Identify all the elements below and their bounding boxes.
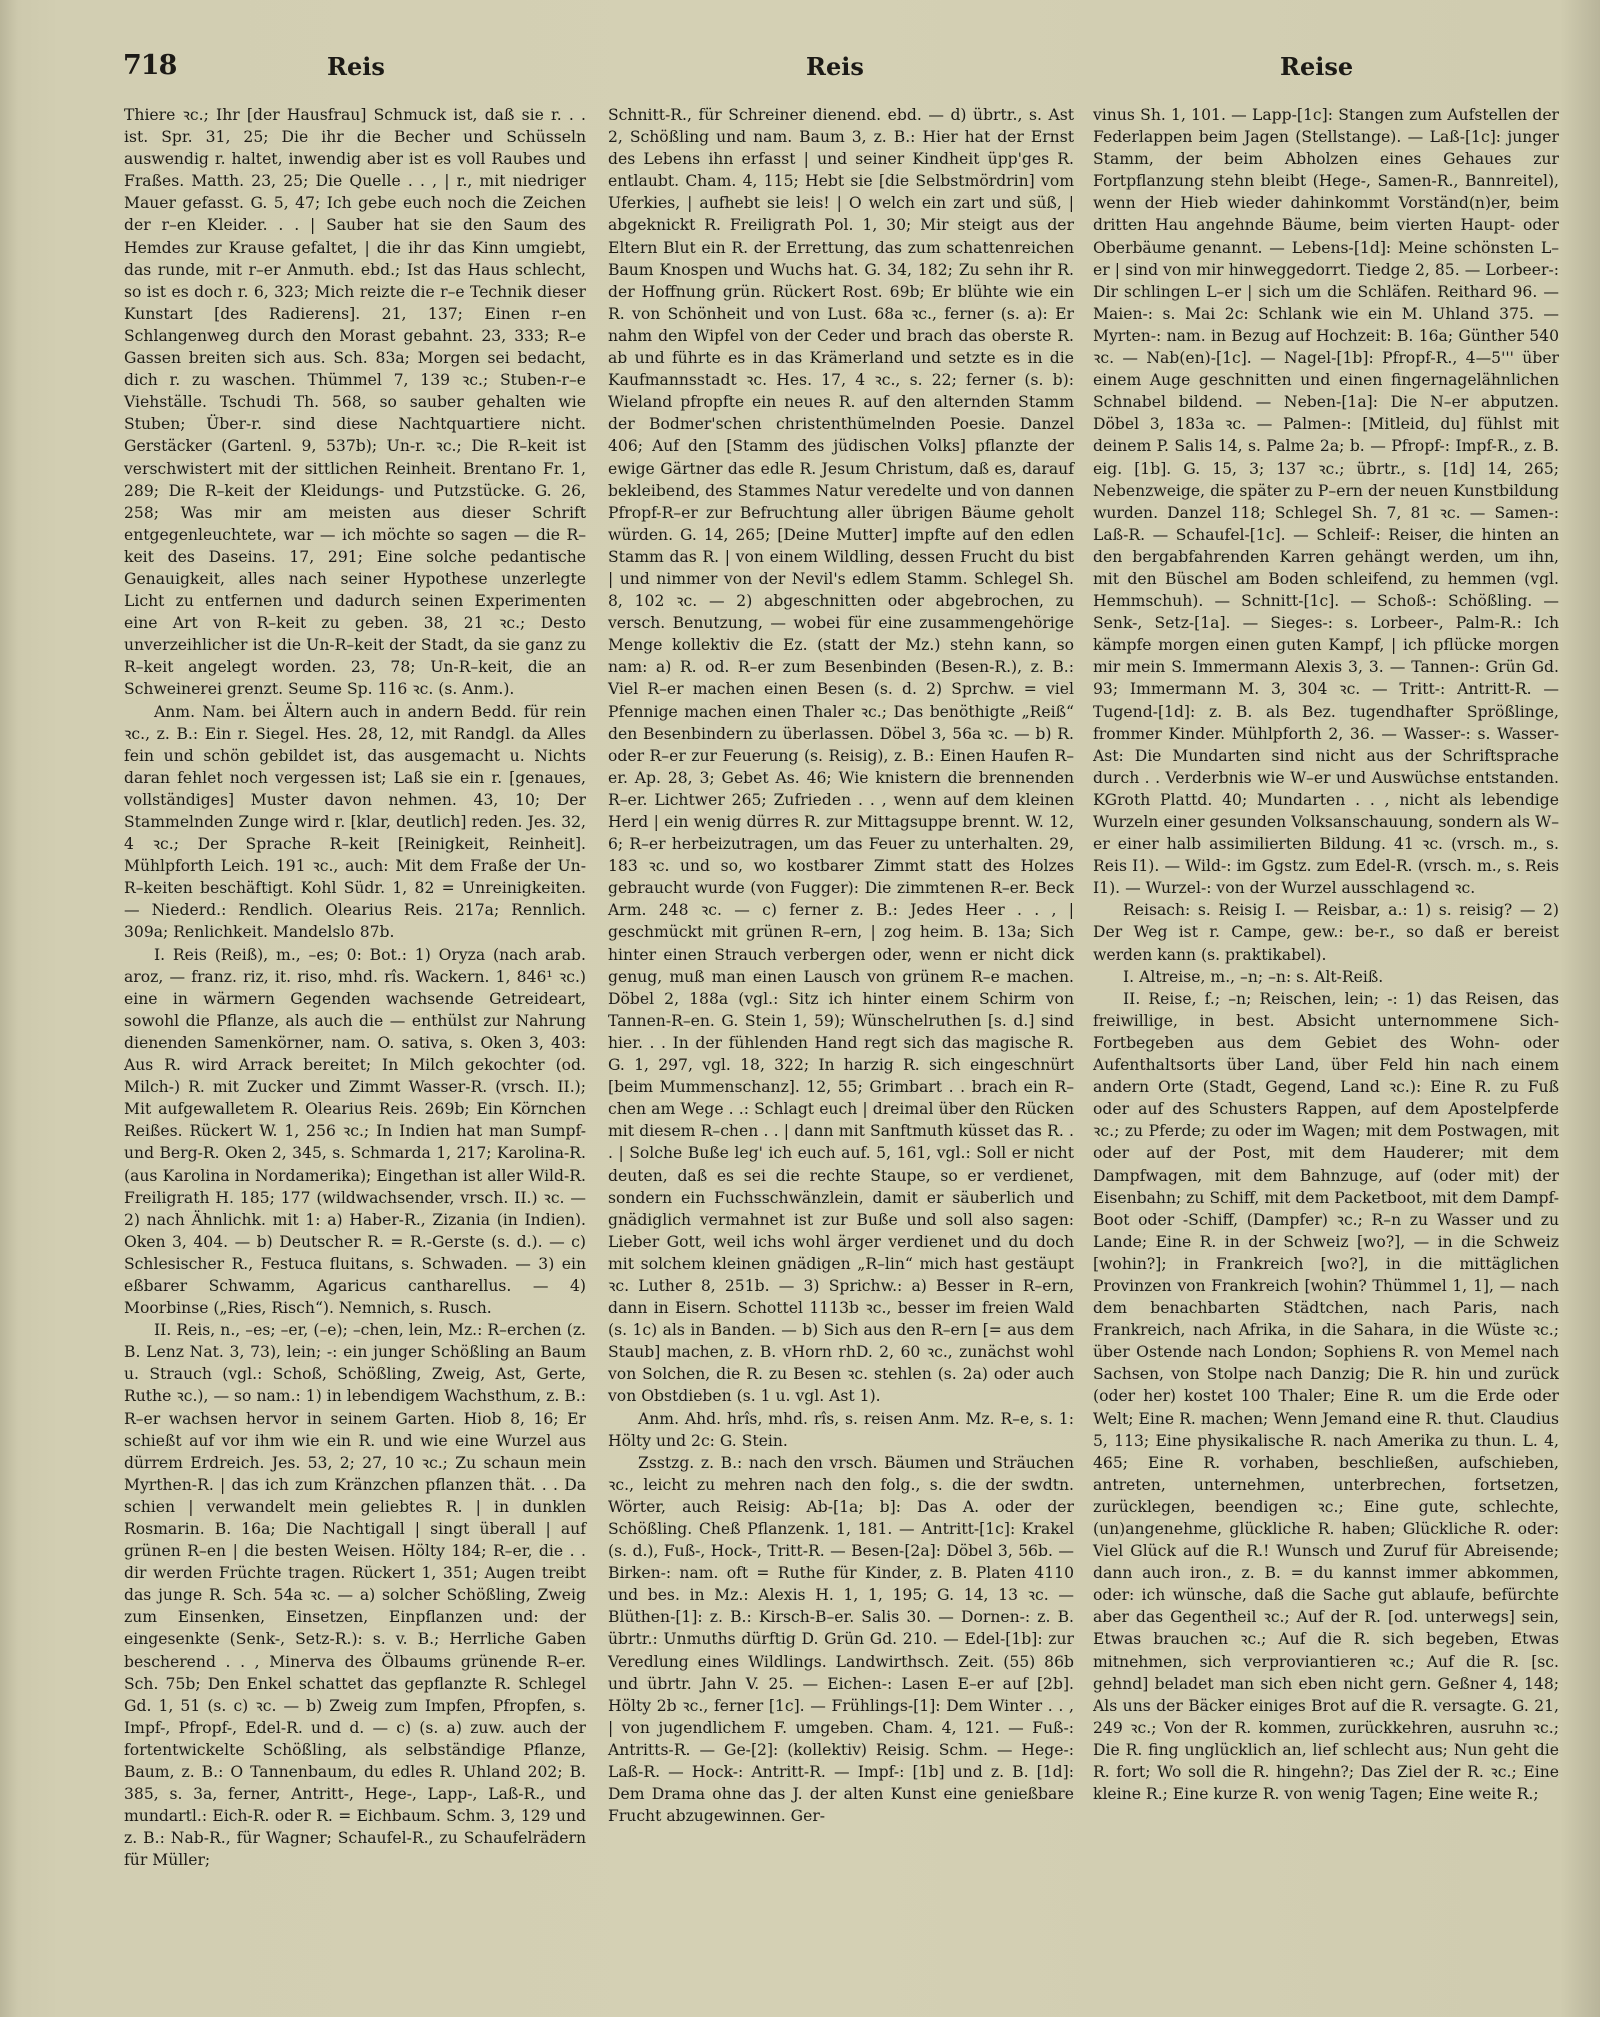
paragraph: Schnitt-R., für Schreiner dienend. ebd. …	[608, 104, 1074, 1408]
entry-reis-2: II. Reis, n., –es; –er, (–e); –chen, lei…	[124, 1319, 586, 1871]
column-right: vinus Sh. 1, 101. — Lapp-[1c]: Stangen z…	[1093, 104, 1559, 1805]
page-number: 718	[123, 50, 176, 81]
column-middle: Schnitt-R., für Schreiner dienend. ebd. …	[608, 104, 1074, 1827]
paragraph: Thiere ꝛc.; Ihr [der Hausfrau] Schmuck i…	[124, 104, 586, 701]
running-head-left: Reis	[327, 52, 385, 81]
paragraph: vinus Sh. 1, 101. — Lapp-[1c]: Stangen z…	[1093, 104, 1559, 899]
paragraph-annotation: Anm. Nam. bei Ältern auch in andern Bedd…	[124, 701, 586, 944]
column-left: Thiere ꝛc.; Ihr [der Hausfrau] Schmuck i…	[124, 104, 586, 1872]
entry-reisach: Reisach: s. Reisig I. — Reisbar, a.: 1) …	[1093, 899, 1559, 965]
paragraph-compounds: Zsstzg. z. B.: nach den vrsch. Bäumen un…	[608, 1452, 1074, 1828]
dictionary-page: 718 Reis Reis Reise Thiere ꝛc.; Ihr [der…	[0, 0, 1600, 2017]
entry-reise: II. Reise, f.; –n; Reischen, lein; -: 1)…	[1093, 988, 1559, 1805]
page-header: 718 Reis Reis Reise	[0, 50, 1600, 90]
entry-reis-1: I. Reis (Reiß), m., –es; 0: Bot.: 1) Ory…	[124, 944, 586, 1320]
paragraph-annotation: Anm. Ahd. hrîs, mhd. rîs, s. reisen Anm.…	[608, 1408, 1074, 1452]
running-head-middle: Reis	[806, 52, 864, 81]
running-head-right: Reise	[1280, 52, 1353, 81]
entry-altreise: I. Altreise, m., –n; –n: s. Alt-Reiß.	[1093, 966, 1559, 988]
